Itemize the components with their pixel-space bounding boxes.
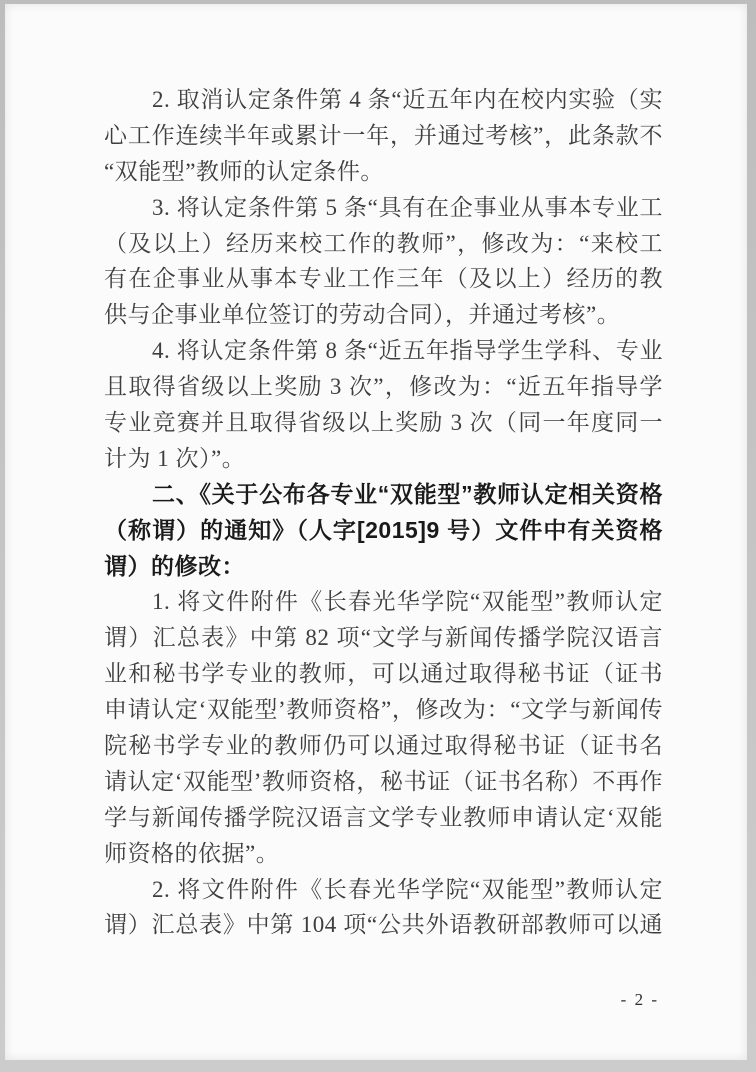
text-line: 师资格的依据”。 — [104, 836, 663, 872]
text-line: 专业竞赛并且取得省级以上奖励 3 次（同一年度同一竞赛获奖 — [104, 405, 663, 441]
document-body: 2. 取消认定条件第 4 条“近五年内在校内实验（实训）中心工作连续半年或累计一… — [104, 82, 663, 943]
text-line: 谓）汇总表》中第 82 项“文学与新闻传播学院汉语言文学专 — [104, 620, 663, 656]
document-page: 2. 取消认定条件第 4 条“近五年内在校内实验（实训）中心工作连续半年或累计一… — [5, 4, 747, 1060]
paragraph: 1. 将文件附件《长春光华学院“双能型”教师认定证书（称谓）汇总表》中第 82 … — [104, 584, 663, 871]
paragraph: 4. 将认定条件第 8 条“近五年指导学生学科、专业竞赛并且取得省级以上奖励 3… — [104, 333, 663, 477]
paragraph: 3. 将认定条件第 5 条“具有在企事业从事本专业工作三年（及以上）经历来校工作… — [104, 190, 663, 334]
text-line: 供与企事业单位签订的劳动合同），并通过考核”。 — [104, 297, 663, 333]
text-line: 业和秘书学专业的教师，可以通过取得秘书证（证书名称）来 — [104, 656, 663, 692]
text-line: 院秘书学专业的教师仍可以通过取得秘书证（证书名称）来申 — [104, 728, 663, 764]
text-line: 4. 将认定条件第 8 条“近五年指导学生学科、专业竞赛并 — [104, 333, 663, 369]
text-line: 计为 1 次）”。 — [104, 441, 663, 477]
text-line: 且取得省级以上奖励 3 次”，修改为：“近五年指导学生学科、 — [104, 369, 663, 405]
text-line: “双能型”教师的认定条件。 — [104, 154, 663, 190]
text-line: 心工作连续半年或累计一年，并通过考核”，此条款不再作为 — [104, 118, 663, 154]
text-line: 1. 将文件附件《长春光华学院“双能型”教师认定证书（称 — [104, 584, 663, 620]
text-line: 谓）汇总表》中第 104 项“公共外语教研部教师可以通过取得 — [104, 907, 663, 943]
text-line: 有在企事业从事本专业工作三年（及以上）经历的教师（须提 — [104, 261, 663, 297]
paragraph: 2. 取消认定条件第 4 条“近五年内在校内实验（实训）中心工作连续半年或累计一… — [104, 82, 663, 190]
text-line: （及以上）经历来校工作的教师”，修改为：“来校工作前，具 — [104, 226, 663, 262]
text-line: 3. 将认定条件第 5 条“具有在企事业从事本专业工作三年 — [104, 190, 663, 226]
text-line: 2. 取消认定条件第 4 条“近五年内在校内实验（实训）中 — [104, 82, 663, 118]
scan-background: 2. 取消认定条件第 4 条“近五年内在校内实验（实训）中心工作连续半年或累计一… — [0, 0, 756, 1072]
text-line: 二、《关于公布各专业“双能型”教师认定相关资格证书 — [104, 477, 663, 513]
text-line: 谓）的修改： — [104, 549, 663, 585]
text-line: 学与新闻传播学院汉语言文学专业教师申请认定‘双能型’教 — [104, 800, 663, 836]
text-line: 2. 将文件附件《长春光华学院“双能型”教师认定证书（称 — [104, 872, 663, 908]
text-line: 申请认定‘双能型’教师资格”，修改为：“文学与新闻传播学 — [104, 692, 663, 728]
paragraph: 2. 将文件附件《长春光华学院“双能型”教师认定证书（称谓）汇总表》中第 104… — [104, 872, 663, 944]
text-line: （称谓）的通知》（人字[2015]9 号）文件中有关资格证书（称 — [104, 513, 663, 549]
page-number: - 2 - — [104, 990, 659, 1010]
text-line: 请认定‘双能型’教师资格，秘书证（证书名称）不再作为文 — [104, 764, 663, 800]
section-heading: 二、《关于公布各专业“双能型”教师认定相关资格证书（称谓）的通知》（人字[201… — [104, 477, 663, 585]
